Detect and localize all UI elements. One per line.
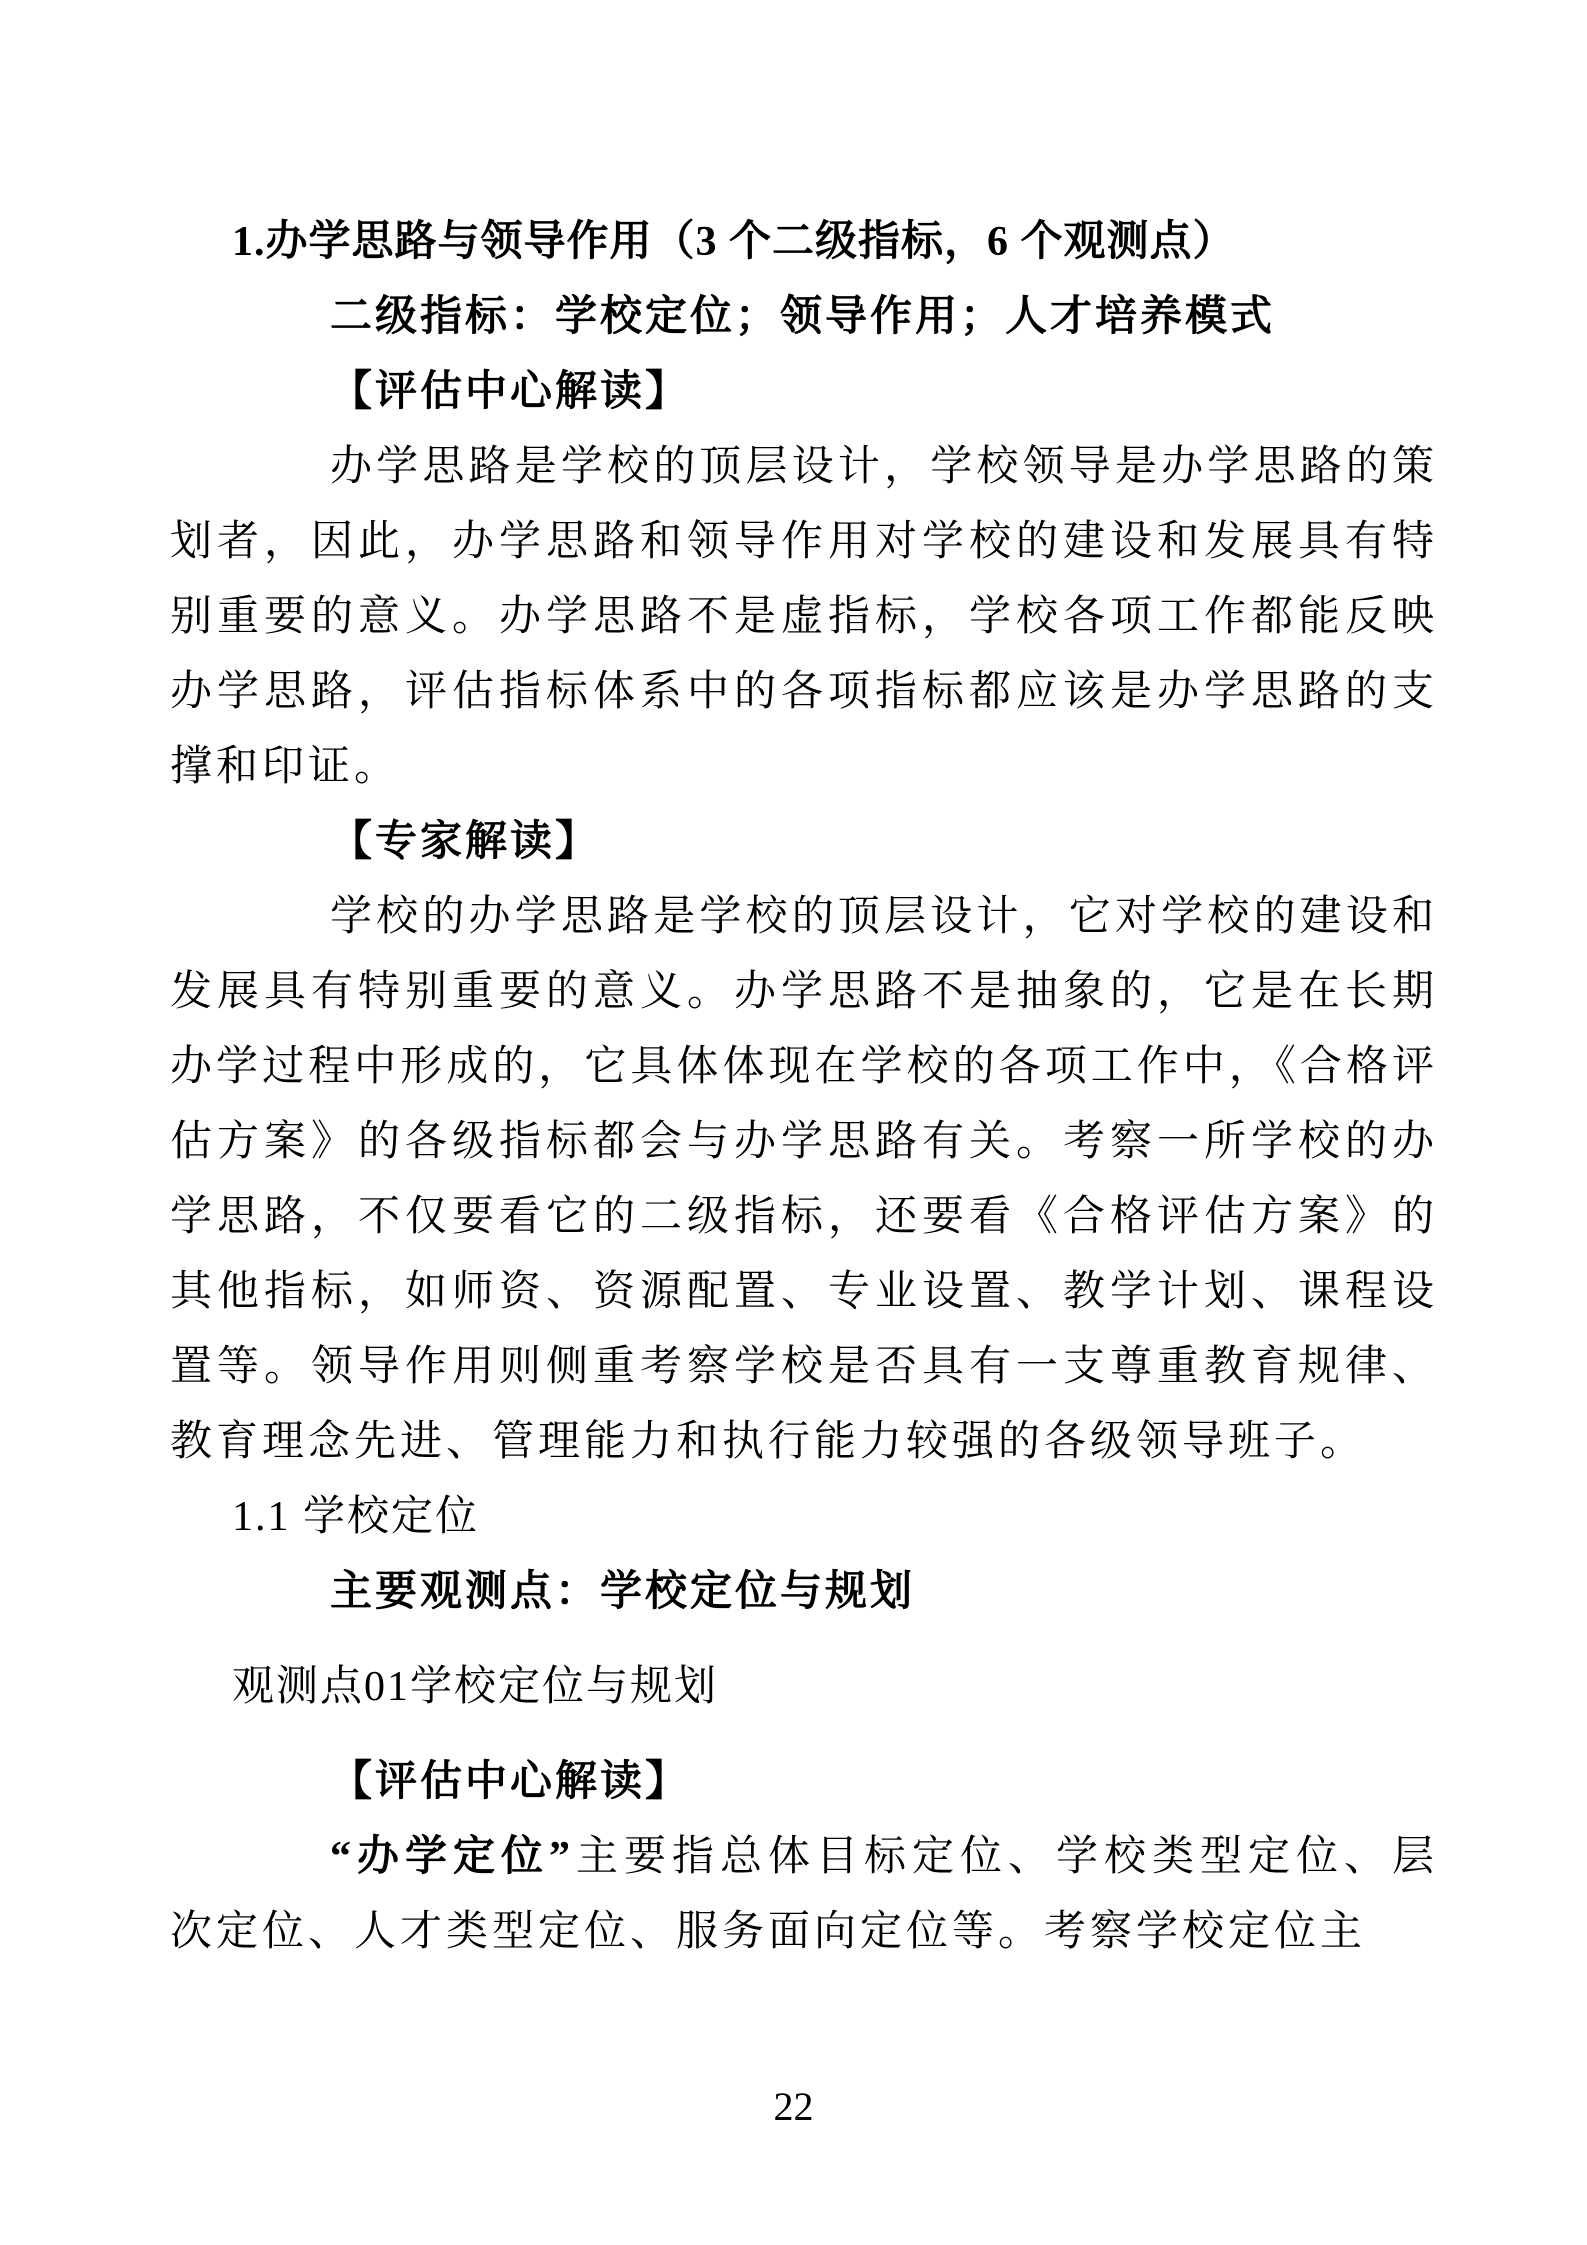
secondary-indicators-line: 二级指标：学校定位；领导作用；人才培养模式: [170, 280, 1438, 355]
center-reading-label-2: 【评估中心解读】: [170, 1745, 1438, 1820]
document-page: 1.办学思路与领导作用（3 个二级指标，6 个观测点） 二级指标：学校定位；领导…: [0, 0, 1587, 2245]
section-1-title: 1.办学思路与领导作用（3 个二级指标，6 个观测点）: [170, 205, 1438, 280]
expert-reading-label: 【专家解读】: [170, 805, 1438, 880]
main-observation-line: 主要观测点：学校定位与规划: [170, 1555, 1438, 1630]
document-body: 1.办学思路与领导作用（3 个二级指标，6 个观测点） 二级指标：学校定位；领导…: [170, 205, 1438, 1970]
observation-point-01-heading: 观测点01学校定位与规划: [170, 1650, 1438, 1725]
center-reading-paragraph: 办学思路是学校的顶层设计，学校领导是办学思路的策划者，因此，办学思路和领导作用对…: [170, 430, 1438, 805]
positioning-paragraph: “办学定位”主要指总体目标定位、学校类型定位、层次定位、人才类型定位、服务面向定…: [170, 1820, 1438, 1970]
center-reading-label-1: 【评估中心解读】: [170, 355, 1438, 430]
expert-reading-paragraph: 学校的办学思路是学校的顶层设计，它对学校的建设和发展具有特别重要的意义。办学思路…: [170, 880, 1438, 1480]
positioning-term: “办学定位”: [330, 1834, 574, 1880]
section-1-1-heading: 1.1 学校定位: [170, 1480, 1438, 1555]
page-number: 22: [0, 2082, 1587, 2132]
